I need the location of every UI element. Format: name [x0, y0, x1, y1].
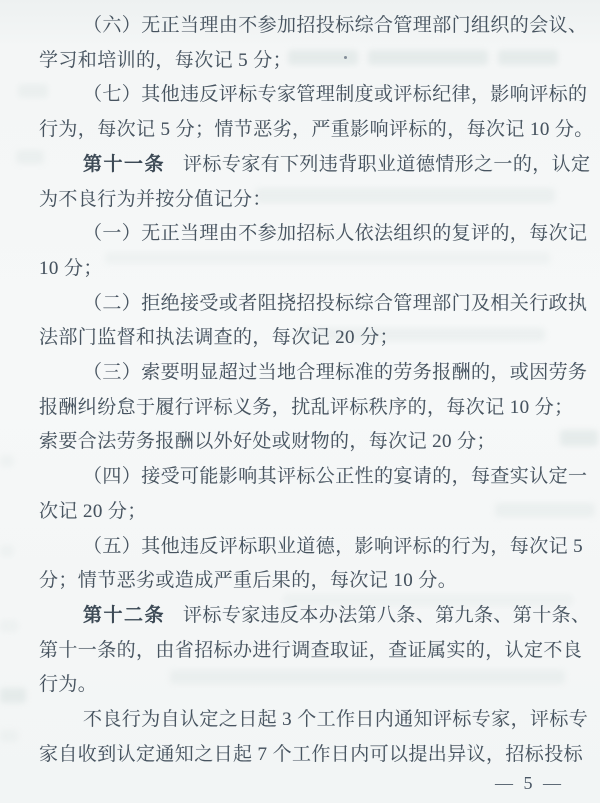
line-text: 第十一条的，由省招标办进行调查取证，查证属实的，认定不良: [39, 640, 582, 661]
text-line: 报酬纠纷怠于履行评标义务，扰乱评标秩序的，每次记 10 分；: [39, 391, 567, 426]
article-heading: 第十二条: [83, 605, 165, 626]
text-line: 不良行为自认定之日起 3 个工作日内通知评标专家，评标专: [39, 703, 567, 738]
text-line: （六）无正当理由不参加招投标综合管理部门组织的会议、: [39, 9, 567, 44]
line-text: 行为，每次记 5 分；情节恶劣，严重影响评标的，每次记 10 分。: [39, 119, 594, 140]
line-text: （二）拒绝接受或者阻挠招投标综合管理部门及相关行政执: [83, 293, 587, 314]
text-line: 第十一条评标专家有下列违背职业道德情形之一的，认定: [39, 148, 567, 183]
line-text: （四）接受可能影响其评标公正性的宴请的，每查实认定一: [83, 466, 587, 487]
line-text: 评标专家有下列违背职业道德情形之一的，认定: [183, 154, 590, 175]
line-text: （一）无正当理由不参加招标人依法组织的复评的，每次记: [83, 223, 587, 244]
text-line: 10 分；: [39, 252, 567, 287]
text-line: 行为，每次记 5 分；情节恶劣，严重影响评标的，每次记 10 分。: [39, 113, 567, 148]
line-text: 10 分；: [39, 258, 103, 279]
text-line: （五）其他违反评标职业道德，影响评标的行为，每次记 5: [39, 530, 567, 565]
bleedthrough-mark: [0, 455, 14, 467]
bleedthrough-mark: [0, 688, 26, 703]
text-line: （七）其他违反评标专家管理制度或评标纪律，影响评标的: [39, 78, 567, 113]
line-text: 法部门监督和执法调查的，每次记 20 分；: [39, 327, 399, 348]
text-line: 学习和培训的，每次记 5 分；: [39, 44, 567, 79]
line-text: 行为。: [39, 674, 97, 695]
line-text: 为不良行为并按分值记分：: [39, 189, 272, 210]
bleedthrough-mark: [0, 730, 18, 742]
text-line: 索要合法劳务报酬以外好处或财物的，每次记 20 分；: [39, 425, 567, 460]
line-text: 学习和培训的，每次记 5 分；: [39, 50, 292, 71]
text-line: 家自收到认定通知之日起 7 个工作日内可以提出异议，招标投标: [39, 738, 567, 773]
bleedthrough-mark: [0, 545, 14, 557]
text-line: 法部门监督和执法调查的，每次记 20 分；: [39, 321, 567, 356]
line-text: 报酬纠纷怠于履行评标义务，扰乱评标秩序的，每次记 10 分；: [39, 397, 574, 418]
line-text: （六）无正当理由不参加招投标综合管理部门组织的会议、: [83, 15, 587, 36]
text-line: 次记 20 分；: [39, 495, 567, 530]
text-line: 分；情节恶劣或造成严重后果的，每次记 10 分。: [39, 564, 567, 599]
line-text: 次记 20 分；: [39, 501, 147, 522]
text-line: 为不良行为并按分值记分：: [39, 183, 567, 218]
text-line: （三）索要明显超过当地合理标准的劳务报酬的，或因劳务: [39, 356, 567, 391]
line-text: 家自收到认定通知之日起 7 个工作日内可以提出异议，招标投标: [39, 744, 583, 765]
text-line: （四）接受可能影响其评标公正性的宴请的，每查实认定一: [39, 460, 567, 495]
line-text: 索要合法劳务报酬以外好处或财物的，每次记 20 分；: [39, 431, 496, 452]
line-text: 评标专家违反本办法第八条、第九条、第十条、: [183, 605, 590, 626]
line-text: （五）其他违反评标职业道德，影响评标的行为，每次记 5: [83, 536, 583, 557]
document-body: （六）无正当理由不参加招投标综合管理部门组织的会议、学习和培训的，每次记 5 分…: [39, 9, 567, 772]
text-line: （二）拒绝接受或者阻挠招投标综合管理部门及相关行政执: [39, 287, 567, 322]
text-line: （一）无正当理由不参加招标人依法组织的复评的，每次记: [39, 217, 567, 252]
document-page: （六）无正当理由不参加招投标综合管理部门组织的会议、学习和培训的，每次记 5 分…: [0, 0, 600, 803]
text-line: 第十一条的，由省招标办进行调查取证，查证属实的，认定不良: [39, 634, 567, 669]
text-line: 行为。: [39, 668, 567, 703]
line-text: （三）索要明显超过当地合理标准的劳务报酬的，或因劳务: [83, 362, 587, 383]
line-text: 不良行为自认定之日起 3 个工作日内通知评标专家，评标专: [83, 709, 588, 730]
line-text: （七）其他违反评标专家管理制度或评标纪律，影响评标的: [83, 84, 587, 105]
text-line: 第十二条评标专家违反本办法第八条、第九条、第十条、: [39, 599, 567, 634]
bleedthrough-mark: [0, 620, 18, 632]
article-heading: 第十一条: [83, 154, 165, 175]
line-text: 分；情节恶劣或造成严重后果的，每次记 10 分。: [39, 570, 457, 591]
page-number: — 5 —: [495, 773, 564, 794]
